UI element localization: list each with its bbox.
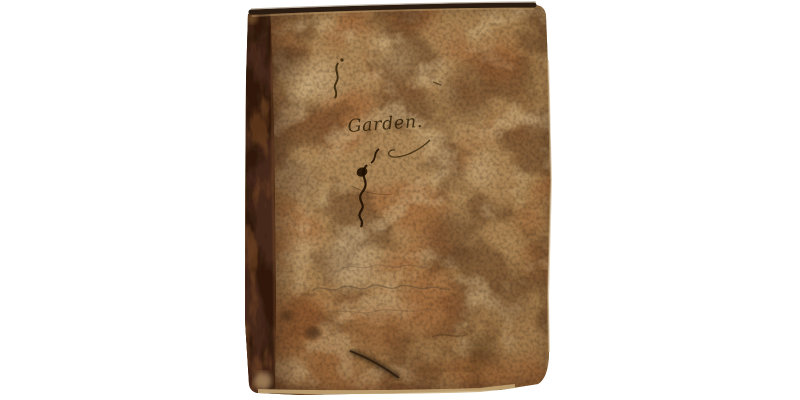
book-photo: Garden. — [0, 0, 800, 400]
ink-dot — [340, 58, 343, 61]
texture-grain — [240, 0, 560, 400]
ink-smudge-blob — [305, 327, 321, 339]
ink-smudge-blob — [281, 311, 293, 321]
photo-background: Garden. — [0, 0, 800, 400]
texture-blob — [254, 372, 272, 390]
cover-texture — [240, 0, 560, 400]
